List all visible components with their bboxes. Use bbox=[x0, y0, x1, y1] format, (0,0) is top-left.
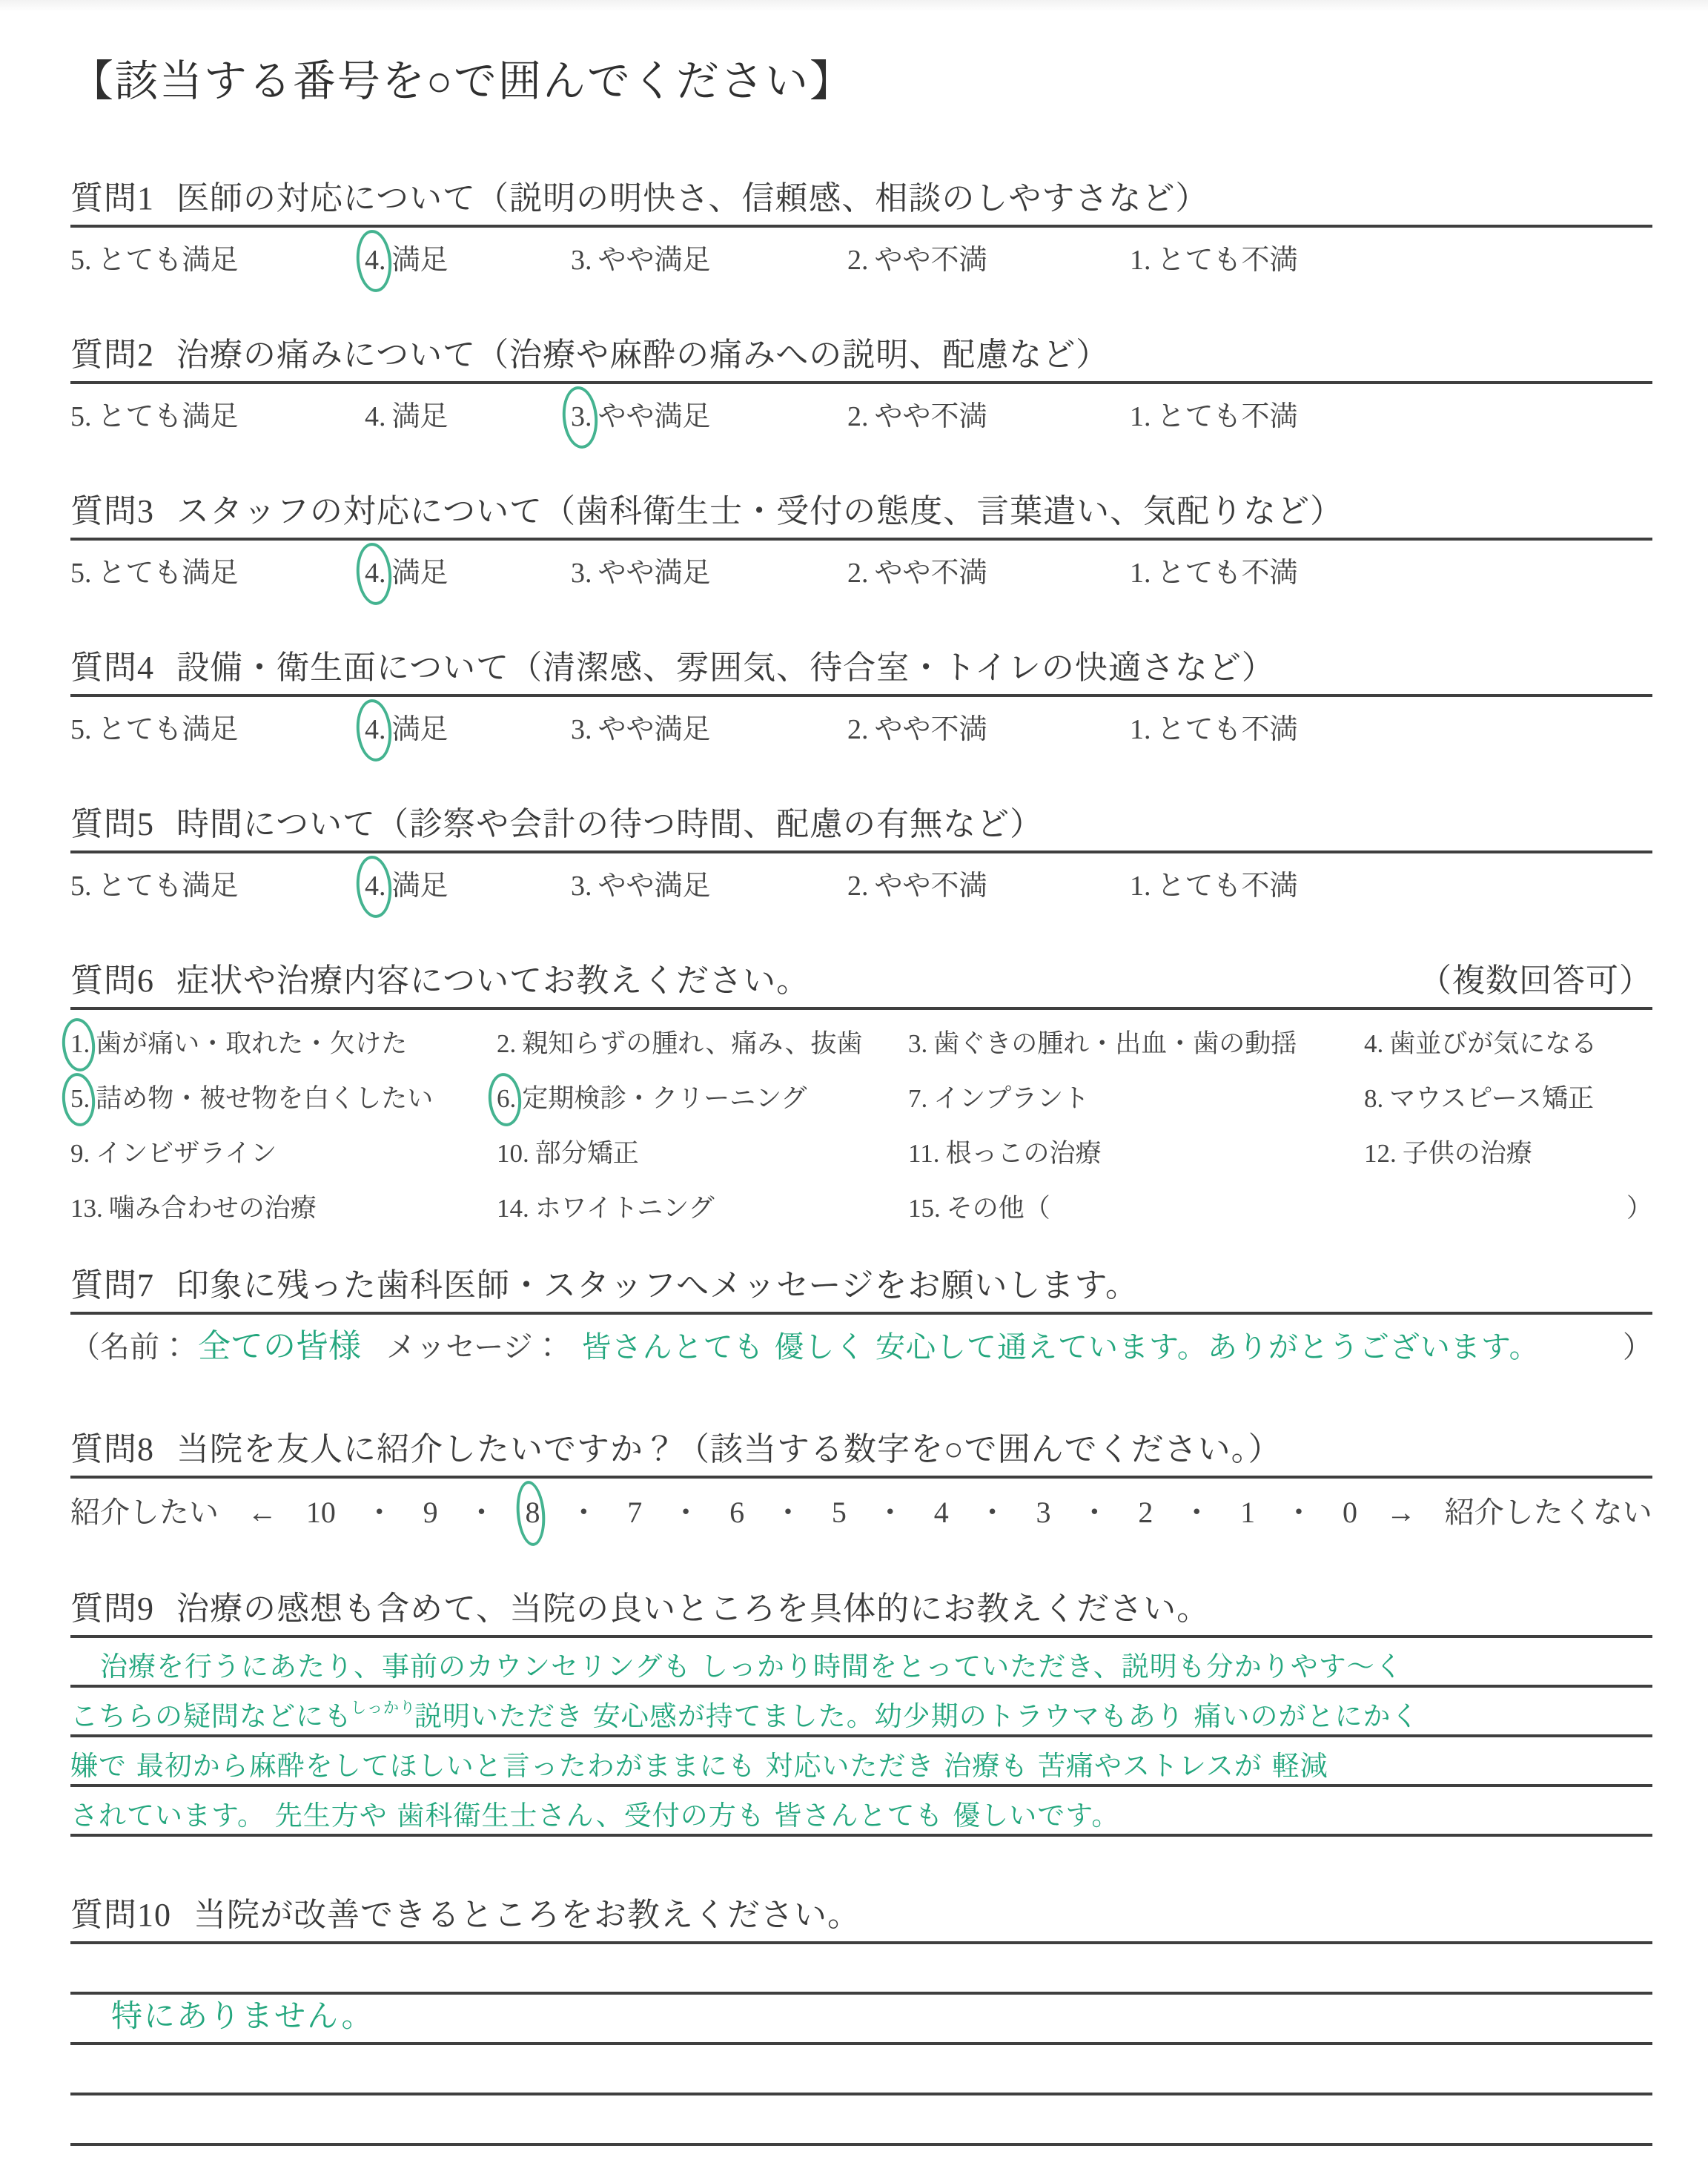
question-2-id: 質問2 bbox=[70, 334, 154, 375]
question-9-title: 治療の感想も含めて、当院の良いところを具体的にお教えください。 bbox=[176, 1588, 1210, 1629]
option-label: ホワイトニング bbox=[535, 1194, 715, 1223]
option-label: とても不満 bbox=[1157, 245, 1298, 276]
rating-option-4: 4.満足 bbox=[365, 867, 571, 905]
question-2-header: 質問2 治療の痛みについて（治療や麻酔の痛みへの説明、配慮など） bbox=[70, 334, 1652, 375]
option-number-circled: 3. bbox=[571, 397, 592, 436]
q6-option-4: 4.歯並びが気になる bbox=[1364, 1023, 1652, 1060]
q6-option-1: 1.歯が痛い・取れた・欠けた bbox=[70, 1023, 497, 1060]
option-label: とても満足 bbox=[98, 401, 239, 432]
rating-option-3: 3.やや満足 bbox=[571, 710, 847, 749]
q6-option-text: 1.歯が痛い・取れた・欠けた bbox=[70, 1029, 407, 1058]
question-3-title: スタッフの対応について（歯科衛生士・受付の態度、言葉遣い、気配りなど） bbox=[176, 491, 1343, 532]
option-label: やや不満 bbox=[875, 558, 987, 589]
rating-option-2: 2.やや不満 bbox=[847, 241, 1130, 280]
question-8-id: 質問8 bbox=[70, 1429, 154, 1470]
rating-option-1: 1.とても不満 bbox=[1130, 397, 1298, 436]
dot-separator: ・ bbox=[671, 1492, 701, 1533]
q6-option-5: 5.詰め物・被せ物を白くしたい bbox=[70, 1078, 497, 1115]
q6-option-8: 8.マウスピース矯正 bbox=[1364, 1078, 1652, 1115]
question-4-header: 質問4 設備・衛生面について（清潔感、雰囲気、待合室・トイレの快適さなど） bbox=[70, 647, 1652, 688]
option-number: 2. bbox=[847, 871, 869, 902]
option-label: 満足 bbox=[392, 871, 448, 902]
option-label: 満足 bbox=[392, 245, 448, 276]
q6-option-text: 13.噛み合わせの治療 bbox=[70, 1194, 317, 1223]
rule bbox=[70, 1007, 1652, 1010]
q6-option-13: 13.噛み合わせの治療 bbox=[70, 1188, 497, 1225]
rating-option-2: 2.やや不満 bbox=[847, 397, 1130, 436]
rating-option-5: 5.とても満足 bbox=[70, 554, 365, 592]
q6-option-12: 12.子供の治療 bbox=[1364, 1133, 1652, 1170]
q6-option-text: 2.親知らずの腫れ、痛み、抜歯 bbox=[497, 1029, 862, 1058]
option-number: 3. bbox=[571, 558, 592, 589]
question-2-block: 質問2 治療の痛みについて（治療や麻酔の痛みへの説明、配慮など） 5.とても満足… bbox=[70, 334, 1652, 436]
option-number: 3. bbox=[908, 1029, 927, 1058]
q8-number-9: 9 bbox=[423, 1492, 438, 1533]
dot-separator: ・ bbox=[978, 1492, 1007, 1533]
q6-option-11: 11.根っこの治療 bbox=[908, 1133, 1364, 1170]
q9-handwriting-1: 治療を行うにあたり、事前のカウンセリングも しっかり時間をとっていただき、説明も… bbox=[100, 1652, 1403, 1682]
question-5-options: 5.とても満足4.満足3.やや満足2.やや不満1.とても不満 bbox=[70, 867, 1652, 905]
multiple-answers-note: （複数回答可） bbox=[1419, 960, 1652, 1001]
question-4-title: 設備・衛生面について（清潔感、雰囲気、待合室・トイレの快適さなど） bbox=[176, 647, 1275, 688]
option-label: 満足 bbox=[392, 401, 448, 432]
dot-separator: ・ bbox=[1182, 1492, 1211, 1533]
option-label: 根っこの治療 bbox=[945, 1139, 1101, 1168]
q8-number-4: 4 bbox=[934, 1492, 949, 1533]
option-label: その他（ bbox=[947, 1194, 1050, 1223]
option-number: 1. bbox=[1130, 714, 1151, 745]
question-4-options: 5.とても満足4.満足3.やや満足2.やや不満1.とても不満 bbox=[70, 710, 1652, 749]
option-number-circled: 5. bbox=[70, 1084, 90, 1114]
rule bbox=[70, 851, 1652, 853]
rating-option-1: 1.とても不満 bbox=[1130, 241, 1298, 280]
option-number: 15. bbox=[908, 1194, 941, 1223]
option-label: 部分矯正 bbox=[535, 1139, 639, 1168]
question-8-block: 質問8 当院を友人に紹介したいですか？（該当する数字を○で囲んでください。） 紹… bbox=[70, 1429, 1652, 1533]
q10-writing-line-1 bbox=[70, 1944, 1652, 1995]
option-label: 親知らずの腫れ、痛み、抜歯 bbox=[522, 1029, 862, 1058]
dot-separator: ・ bbox=[467, 1492, 497, 1533]
rating-option-3: 3.やや満足 bbox=[571, 241, 847, 280]
q6-option-text: 11.根っこの治療 bbox=[908, 1139, 1101, 1168]
q6-option-text: 12.子供の治療 bbox=[1364, 1139, 1532, 1168]
q6-option-text: 10.部分矯正 bbox=[497, 1139, 639, 1168]
q6-option-text: 9.インビザライン bbox=[70, 1139, 277, 1168]
option-number: 13. bbox=[70, 1194, 103, 1223]
rating-option-4: 4.満足 bbox=[365, 397, 571, 436]
rating-option-2: 2.やや不満 bbox=[847, 710, 1130, 749]
q6-option-14: 14.ホワイトニング bbox=[497, 1188, 908, 1225]
close-paren: ） bbox=[1623, 1326, 1652, 1369]
rule bbox=[70, 381, 1652, 384]
name-field-handwriting: 全ての皆様 bbox=[198, 1325, 361, 1368]
option-number: 5. bbox=[70, 245, 92, 276]
question-7-answer-line: （名前： 全ての皆様 メッセージ： 皆さんとても 優しく 安心して通えています。… bbox=[70, 1325, 1652, 1369]
option-label: とても不満 bbox=[1157, 558, 1298, 589]
q9-line2-insertion: しっかり bbox=[351, 1699, 416, 1717]
option-label: 噛み合わせの治療 bbox=[109, 1194, 317, 1223]
rating-option-5: 5.とても満足 bbox=[70, 241, 365, 280]
q9-writing-line-2: こちらの疑問などにもしっかり説明いただき 安心感が持てました。幼少期のトラウマも… bbox=[70, 1688, 1652, 1737]
q6-option-text: 7.インプラント bbox=[908, 1084, 1089, 1113]
question-7-header: 質問7 印象に残った歯科医師・スタッフへメッセージをお願いします。 bbox=[70, 1265, 1652, 1306]
rating-option-4: 4.満足 bbox=[365, 554, 571, 592]
dot-separator: ・ bbox=[1284, 1492, 1314, 1533]
rating-option-4: 4.満足 bbox=[365, 710, 571, 749]
option-label: とても不満 bbox=[1157, 714, 1298, 745]
q10-writing-line-2: 特にありません。 bbox=[70, 1995, 1652, 2045]
option-number: 7. bbox=[908, 1084, 927, 1113]
rule bbox=[70, 225, 1652, 228]
dot-separator: ・ bbox=[875, 1492, 905, 1533]
question-9-block: 質問9 治療の感想も含めて、当院の良いところを具体的にお教えください。 治療を行… bbox=[70, 1588, 1652, 1837]
q8-number-6: 6 bbox=[729, 1492, 744, 1533]
question-6-id: 質問6 bbox=[70, 960, 154, 1001]
rating-option-2: 2.やや不満 bbox=[847, 867, 1130, 905]
q9-writing-line-4: されています。 先生方や 歯科衛生士さん、受付の方も 皆さんとても 優しいです。 bbox=[70, 1787, 1652, 1837]
message-field-handwriting: 皆さんとても 優しく 安心して通えています。ありがとうございます。 bbox=[582, 1326, 1540, 1369]
option-number: 12. bbox=[1364, 1139, 1397, 1168]
q8-number-8-circled: 8 bbox=[525, 1492, 540, 1533]
option-label: インビザライン bbox=[96, 1139, 277, 1168]
option-number: 1. bbox=[1130, 558, 1151, 589]
option-label: マウスピース矯正 bbox=[1389, 1084, 1594, 1113]
question-8-header: 質問8 当院を友人に紹介したいですか？（該当する数字を○で囲んでください。） bbox=[70, 1429, 1652, 1470]
question-4-block: 質問4 設備・衛生面について（清潔感、雰囲気、待合室・トイレの快適さなど） 5.… bbox=[70, 647, 1652, 749]
rating-option-4: 4.満足 bbox=[365, 241, 571, 280]
option-label: 詰め物・被せ物を白くしたい bbox=[96, 1084, 433, 1113]
rating-option-1: 1.とても不満 bbox=[1130, 710, 1298, 749]
dot-separator: ・ bbox=[569, 1492, 598, 1533]
q8-scale: 紹介したい←10・9・8・7・6・5・4・3・2・1・0→紹介したくない bbox=[70, 1492, 1652, 1533]
rule bbox=[70, 1476, 1652, 1479]
option-label: やや不満 bbox=[875, 401, 987, 432]
option-label: とても満足 bbox=[98, 714, 239, 745]
question-7-title: 印象に残った歯科医師・スタッフへメッセージをお願いします。 bbox=[176, 1265, 1139, 1306]
rating-option-3: 3.やや満足 bbox=[571, 554, 847, 592]
option-label: とても満足 bbox=[98, 245, 239, 276]
question-2-options: 5.とても満足4.満足3.やや満足2.やや不満1.とても不満 bbox=[70, 397, 1652, 436]
option-number: 9. bbox=[70, 1139, 90, 1168]
option-label: やや満足 bbox=[598, 558, 711, 589]
question-6-block: 質問6 症状や治療内容についてお教えください。 （複数回答可） 1.歯が痛い・取… bbox=[70, 960, 1652, 1243]
question-7-id: 質問7 bbox=[70, 1265, 154, 1306]
option-label: 歯ぐきの腫れ・出血・歯の動揺 bbox=[933, 1029, 1297, 1058]
option-label: とても満足 bbox=[98, 871, 239, 902]
q8-number-10: 10 bbox=[306, 1492, 336, 1533]
option-label: やや不満 bbox=[875, 871, 987, 902]
q8-number-2: 2 bbox=[1138, 1492, 1153, 1533]
option-number: 3. bbox=[571, 245, 592, 276]
question-10-id: 質問10 bbox=[70, 1895, 171, 1935]
option-label: とても不満 bbox=[1157, 871, 1298, 902]
q8-right-label: 紹介したくない bbox=[1445, 1492, 1652, 1533]
dot-separator: ・ bbox=[365, 1492, 394, 1533]
q6-option-text: 14.ホワイトニング bbox=[497, 1194, 715, 1223]
right-arrow: → bbox=[1386, 1492, 1416, 1533]
rule bbox=[70, 694, 1652, 697]
rating-option-1: 1.とても不満 bbox=[1130, 867, 1298, 905]
question-8-title: 当院を友人に紹介したいですか？（該当する数字を○で囲んでください。） bbox=[176, 1429, 1282, 1470]
question-10-header: 質問10 当院が改善できるところをお教えください。 bbox=[70, 1895, 1652, 1935]
q6-option-text: 6.定期検診・クリーニング bbox=[497, 1084, 807, 1113]
name-field-label: （名前： bbox=[70, 1326, 189, 1369]
option-label: 満足 bbox=[392, 714, 448, 745]
option-number: 1. bbox=[1130, 401, 1151, 432]
q9-handwriting-3: 嫌で 最初から麻酔をしてほしいと言ったわがままにも 対応いただき 治療も 苦痛や… bbox=[70, 1751, 1328, 1782]
dot-separator: ・ bbox=[1079, 1492, 1109, 1533]
question-5-header: 質問5 時間について（診察や会計の待つ時間、配慮の有無など） bbox=[70, 804, 1652, 845]
q8-number-1: 1 bbox=[1240, 1492, 1255, 1533]
option-number: 5. bbox=[70, 558, 92, 589]
q6-option-text: 4.歯並びが気になる bbox=[1364, 1029, 1597, 1058]
question-6-header: 質問6 症状や治療内容についてお教えください。 （複数回答可） bbox=[70, 960, 1652, 1001]
option-number: 2. bbox=[847, 558, 869, 589]
question-2-title: 治療の痛みについて（治療や麻酔の痛みへの説明、配慮など） bbox=[176, 334, 1109, 375]
question-9-header: 質問9 治療の感想も含めて、当院の良いところを具体的にお教えください。 bbox=[70, 1588, 1652, 1629]
option-number: 2. bbox=[497, 1029, 516, 1058]
q6-option-3: 3.歯ぐきの腫れ・出血・歯の動揺 bbox=[908, 1023, 1364, 1060]
question-3-header: 質問3 スタッフの対応について（歯科衛生士・受付の態度、言葉遣い、気配りなど） bbox=[70, 491, 1652, 532]
message-field-label: メッセージ： bbox=[386, 1326, 563, 1369]
q6-option-6: 6.定期検診・クリーニング bbox=[497, 1078, 908, 1115]
option-label: やや満足 bbox=[598, 871, 711, 902]
rating-option-5: 5.とても満足 bbox=[70, 867, 365, 905]
q8-number-0: 0 bbox=[1343, 1492, 1357, 1533]
q6-option-7: 7.インプラント bbox=[908, 1078, 1364, 1115]
question-9-id: 質問9 bbox=[70, 1588, 154, 1629]
dot-separator: ・ bbox=[773, 1492, 803, 1533]
q9-line2-pre: こちらの疑問などにも bbox=[70, 1700, 352, 1732]
option-label: 満足 bbox=[392, 558, 448, 589]
option-number: 5. bbox=[70, 401, 92, 432]
question-1-block: 質問1 医師の対応について（説明の明快さ、信頼感、相談のしやすさなど） 5.とて… bbox=[70, 178, 1652, 280]
question-5-id: 質問5 bbox=[70, 804, 154, 845]
q9-line2-post: 説明いただき 安心感が持てました。幼少期のトラウマもあり 痛いのがとにかく bbox=[414, 1700, 1420, 1732]
q6-option-10: 10.部分矯正 bbox=[497, 1133, 908, 1170]
rating-option-2: 2.やや不満 bbox=[847, 554, 1130, 592]
question-6-options: 1.歯が痛い・取れた・欠けた2.親知らずの腫れ、痛み、抜歯3.歯ぐきの腫れ・出血… bbox=[70, 1023, 1652, 1243]
option-label: 歯並びが気になる bbox=[1389, 1029, 1597, 1058]
left-arrow: ← bbox=[248, 1492, 277, 1533]
option-number-circled: 4. bbox=[365, 241, 386, 280]
form-title: 【該当する番号を○で囲んでください】 bbox=[70, 53, 1652, 109]
q6-option-text: 8.マウスピース矯正 bbox=[1364, 1084, 1594, 1113]
option-number: 3. bbox=[571, 714, 592, 745]
option-label: やや満足 bbox=[598, 714, 711, 745]
rating-option-1: 1.とても不満 bbox=[1130, 554, 1298, 592]
question-5-title: 時間について（診察や会計の待つ時間、配慮の有無など） bbox=[176, 804, 1043, 845]
option-label: やや満足 bbox=[598, 245, 711, 276]
scan-top-edge bbox=[0, 0, 1708, 12]
rating-option-5: 5.とても満足 bbox=[70, 710, 365, 749]
option-number: 1. bbox=[1130, 245, 1151, 276]
option-number-circled: 4. bbox=[365, 867, 386, 905]
option-number: 10. bbox=[497, 1139, 529, 1168]
question-1-id: 質問1 bbox=[70, 178, 154, 219]
q10-writing-line-4 bbox=[70, 2095, 1652, 2146]
option-label: 子供の治療 bbox=[1403, 1139, 1532, 1168]
q10-handwriting-answer: 特にありません。 bbox=[70, 1992, 374, 2036]
rating-option-3: 3.やや満足 bbox=[571, 867, 847, 905]
q8-left-label: 紹介したい bbox=[70, 1492, 219, 1533]
q6-option-text: 5.詰め物・被せ物を白くしたい bbox=[70, 1084, 433, 1113]
option-number-circled: 6. bbox=[497, 1084, 516, 1114]
survey-form-page: 【該当する番号を○で囲んでください】 質問1 医師の対応について（説明の明快さ、… bbox=[0, 0, 1708, 2160]
option-number: 2. bbox=[847, 245, 869, 276]
question-10-title: 当院が改善できるところをお教えください。 bbox=[193, 1895, 861, 1935]
option-label: インプラント bbox=[933, 1084, 1089, 1113]
close-paren: ） bbox=[1626, 1188, 1652, 1225]
option-number-circled: 1. bbox=[70, 1029, 90, 1059]
rule bbox=[70, 1312, 1652, 1315]
q6-option-9: 9.インビザライン bbox=[70, 1133, 497, 1170]
q8-number-3: 3 bbox=[1036, 1492, 1051, 1533]
option-label: やや不満 bbox=[875, 245, 987, 276]
question-3-id: 質問3 bbox=[70, 491, 154, 532]
q6-option-2: 2.親知らずの腫れ、痛み、抜歯 bbox=[497, 1023, 908, 1060]
option-label: 歯が痛い・取れた・欠けた bbox=[96, 1029, 407, 1058]
option-number: 11. bbox=[908, 1139, 939, 1168]
question-5-block: 質問5 時間について（診察や会計の待つ時間、配慮の有無など） 5.とても満足4.… bbox=[70, 804, 1652, 905]
rating-option-5: 5.とても満足 bbox=[70, 397, 365, 436]
q9-handwriting-2: こちらの疑問などにもしっかり説明いただき 安心感が持てました。幼少期のトラウマも… bbox=[70, 1702, 1420, 1732]
q6-option-text: 15.その他（ bbox=[908, 1188, 1050, 1225]
option-number-circled: 4. bbox=[365, 710, 386, 749]
q9-handwriting-4: されています。 先生方や 歯科衛生士さん、受付の方も 皆さんとても 優しいです。 bbox=[70, 1801, 1119, 1832]
q6-option-15: 15.その他（） bbox=[908, 1188, 1652, 1225]
option-number: 5. bbox=[70, 714, 92, 745]
option-number: 14. bbox=[497, 1194, 529, 1223]
q6-option-text: 3.歯ぐきの腫れ・出血・歯の動揺 bbox=[908, 1029, 1297, 1058]
option-number: 1. bbox=[1130, 871, 1151, 902]
option-label: やや不満 bbox=[875, 714, 987, 745]
option-number: 4. bbox=[1364, 1029, 1383, 1058]
question-1-options: 5.とても満足4.満足3.やや満足2.やや不満1.とても不満 bbox=[70, 241, 1652, 280]
option-number: 2. bbox=[847, 401, 869, 432]
question-4-id: 質問4 bbox=[70, 647, 154, 688]
option-number: 8. bbox=[1364, 1084, 1383, 1113]
rule bbox=[70, 538, 1652, 541]
q9-writing-line-1: 治療を行うにあたり、事前のカウンセリングも しっかり時間をとっていただき、説明も… bbox=[70, 1638, 1652, 1688]
rating-option-3: 3.やや満足 bbox=[571, 397, 847, 436]
q9-writing-line-3: 嫌で 最初から麻酔をしてほしいと言ったわがままにも 対応いただき 治療も 苦痛や… bbox=[70, 1737, 1652, 1787]
question-1-title: 医師の対応について（説明の明快さ、信頼感、相談のしやすさなど） bbox=[176, 178, 1208, 219]
option-label: 定期検診・クリーニング bbox=[522, 1084, 807, 1113]
q8-number-5: 5 bbox=[832, 1492, 847, 1533]
q10-writing-line-3 bbox=[70, 2045, 1652, 2095]
question-1-header: 質問1 医師の対応について（説明の明快さ、信頼感、相談のしやすさなど） bbox=[70, 178, 1652, 219]
question-6-title: 症状や治療内容についてお教えください。 bbox=[176, 960, 810, 1001]
option-label: とても不満 bbox=[1157, 401, 1298, 432]
option-number: 5. bbox=[70, 871, 92, 902]
option-number: 4. bbox=[365, 401, 386, 432]
question-7-block: 質問7 印象に残った歯科医師・スタッフへメッセージをお願いします。 （名前： 全… bbox=[70, 1265, 1652, 1369]
question-10-block: 質問10 当院が改善できるところをお教えください。 特にありません。 bbox=[70, 1895, 1652, 2146]
option-number-circled: 4. bbox=[365, 554, 386, 592]
option-number: 2. bbox=[847, 714, 869, 745]
option-label: やや満足 bbox=[598, 401, 711, 432]
q8-number-7: 7 bbox=[627, 1492, 642, 1533]
option-number: 3. bbox=[571, 871, 592, 902]
question-3-options: 5.とても満足4.満足3.やや満足2.やや不満1.とても不満 bbox=[70, 554, 1652, 592]
option-label: とても満足 bbox=[98, 558, 239, 589]
question-3-block: 質問3 スタッフの対応について（歯科衛生士・受付の態度、言葉遣い、気配りなど） … bbox=[70, 491, 1652, 592]
